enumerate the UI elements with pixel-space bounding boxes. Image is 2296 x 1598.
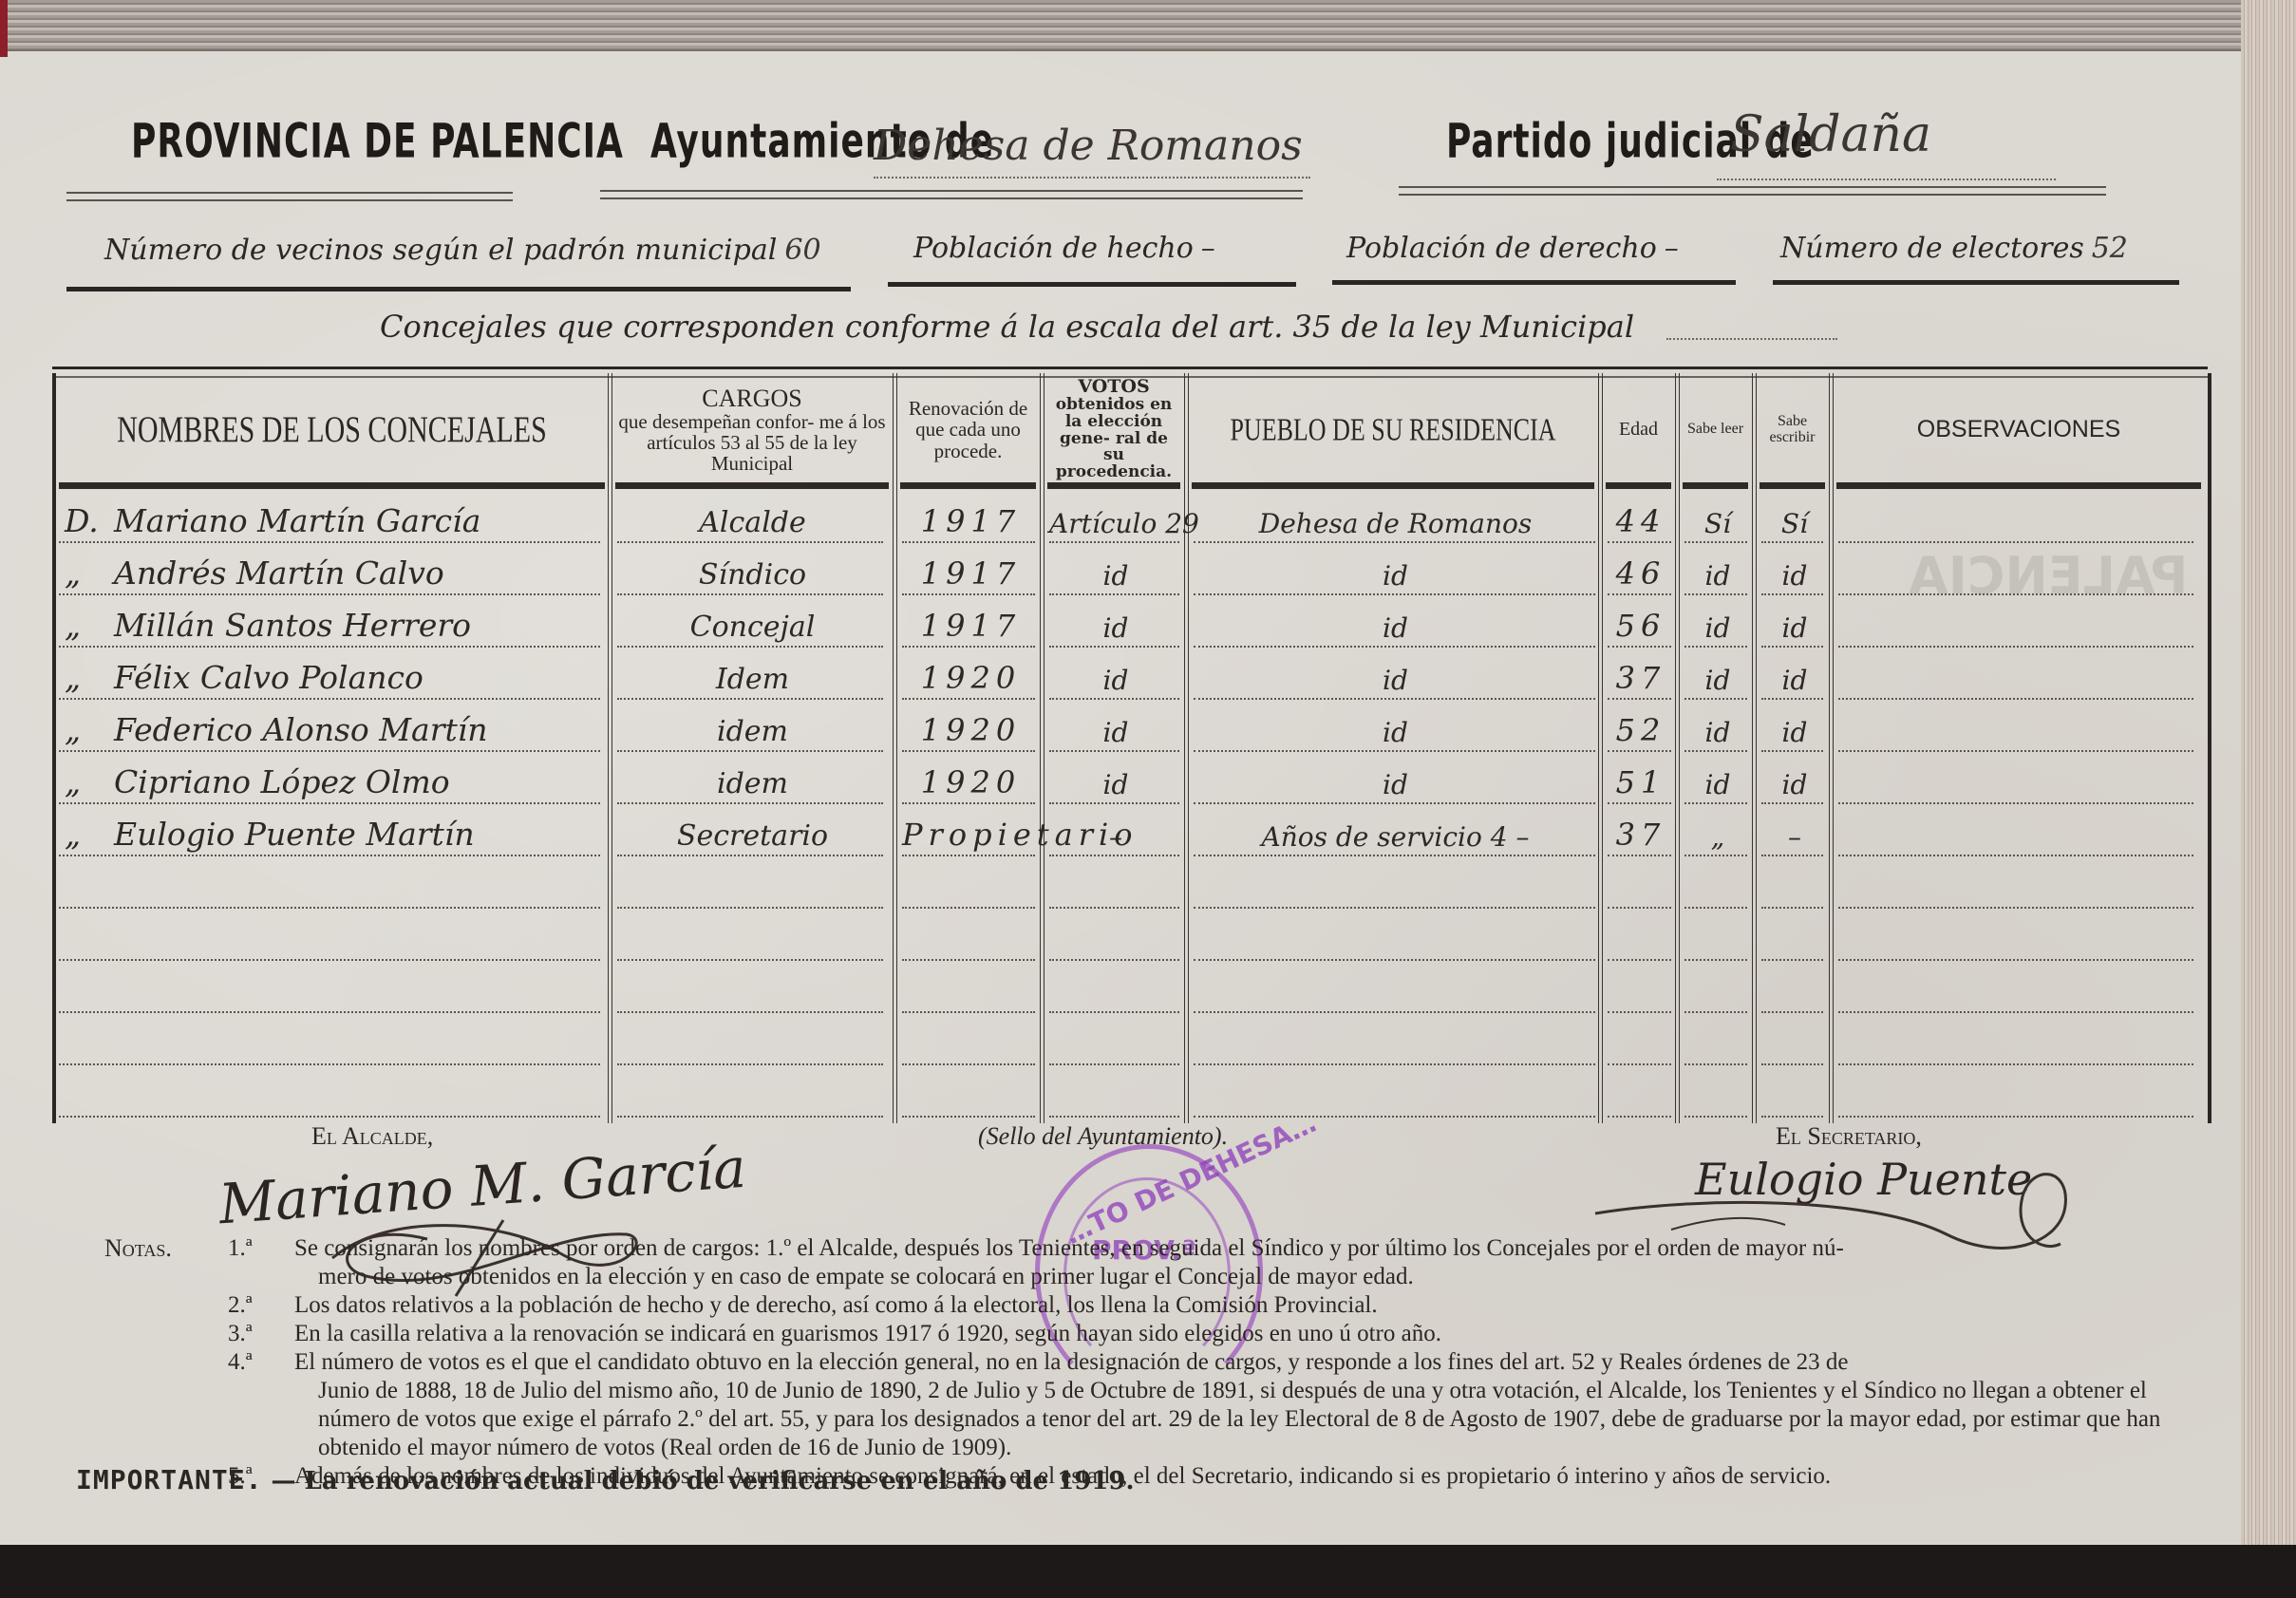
- cell-prefix: „: [65, 659, 112, 696]
- dotted-rule: [1761, 750, 1823, 752]
- dotted-rule: [1684, 802, 1747, 804]
- header-text: Edad: [1619, 420, 1658, 440]
- header-rule: [1683, 482, 1748, 489]
- cell-cargo: Idem: [617, 663, 888, 696]
- table-row: [57, 1066, 2201, 1118]
- divider: [66, 287, 851, 291]
- sello-label: (Sello del Ayuntamiento).: [978, 1122, 1228, 1151]
- electores-label: Número de electores: [1780, 232, 2084, 265]
- dotted-rule: [902, 1063, 1035, 1065]
- dotted-rule: [59, 959, 600, 961]
- cell-leer: „: [1684, 821, 1751, 853]
- table-row: „Millán Santos HerreroConcejal1917idid56…: [57, 596, 2201, 648]
- dotted-rule: [617, 855, 883, 856]
- dotted-line: [1666, 338, 1837, 340]
- dotted-rule: [1049, 959, 1179, 961]
- dotted-rule: [1684, 698, 1747, 700]
- dotted-rule: [1761, 1116, 1823, 1118]
- dotted-rule: [1838, 593, 2193, 595]
- dotted-rule: [902, 959, 1035, 961]
- dotted-rule: [617, 698, 883, 700]
- dotted-rule: [1684, 855, 1747, 856]
- dotted-rule: [59, 907, 600, 909]
- header-text: PUEBLO DE SU RESIDENCIA: [1230, 413, 1555, 446]
- ayuntamiento-value: Dehesa de Romanos: [874, 122, 1303, 170]
- dotted-rule: [902, 1011, 1035, 1013]
- secretario-label: El Secretario,: [1776, 1122, 1922, 1151]
- dotted-rule: [1761, 646, 1823, 648]
- cell-renovacion: Propietario: [902, 817, 1040, 853]
- dotted-rule: [1838, 1063, 2193, 1065]
- dotted-rule: [1684, 1063, 1747, 1065]
- divider: [66, 192, 513, 201]
- dotted-rule: [1194, 959, 1595, 961]
- dotted-rule: [1194, 1116, 1595, 1118]
- note-item: 3.ªEn la casilla relativa a la renovació…: [104, 1320, 2193, 1348]
- dotted-rule: [1608, 1011, 1671, 1013]
- dotted-rule: [1684, 1011, 1747, 1013]
- dotted-rule: [59, 750, 600, 752]
- note-item: 2.ªLos datos relativos a la población de…: [104, 1291, 2193, 1320]
- cell-edad: 56: [1608, 608, 1674, 644]
- partido-value: Saldaña: [1730, 106, 1931, 163]
- cell-votos: id: [1049, 665, 1182, 696]
- dotted-rule: [1684, 541, 1747, 543]
- cell-pueblo: Dehesa de Romanos: [1194, 508, 1597, 539]
- note-continuation: mero de votos obtenidos en la elección y…: [104, 1263, 2193, 1291]
- cell-nombre: Andrés Martín Calvo: [114, 555, 655, 592]
- dotted-rule: [902, 802, 1035, 804]
- table-row: „Eulogio Puente MartínSecretarioPropieta…: [57, 805, 2201, 856]
- cell-votos: –: [1049, 821, 1182, 853]
- note-text: El número de votos es el que el candidat…: [294, 1348, 2193, 1377]
- cell-nombre: Cipriano López Olmo: [114, 763, 655, 800]
- dotted-line: [874, 177, 1310, 179]
- cell-escribir: id: [1761, 717, 1828, 748]
- poblacion-derecho-label: Población de derecho: [1346, 232, 1657, 265]
- dotted-rule: [1049, 593, 1179, 595]
- concejales-title: Concejales que corresponden conforme á l…: [380, 309, 1634, 345]
- cell-prefix: „: [65, 763, 112, 800]
- cell-edad: 37: [1608, 817, 1674, 853]
- province-title: PROVINCIA DE PALENCIA: [131, 115, 624, 170]
- dotted-rule: [59, 1063, 600, 1065]
- dotted-rule: [1608, 855, 1671, 856]
- header-text: Renovación de que cada uno procede.: [900, 398, 1036, 461]
- column-header-votos: VOTOS obtenidos en la elección gene- ral…: [1047, 380, 1180, 479]
- cell-pueblo: id: [1194, 612, 1597, 644]
- cell-renovacion: 1920: [902, 764, 1040, 800]
- dotted-rule: [1838, 541, 2193, 543]
- note-number: 2.ª: [228, 1291, 253, 1320]
- dotted-rule: [1194, 593, 1595, 595]
- dotted-rule: [1761, 802, 1823, 804]
- cell-votos: Artículo 29: [1049, 508, 1182, 539]
- cell-pueblo: Años de servicio 4 –: [1194, 821, 1597, 853]
- dotted-rule: [1761, 1011, 1823, 1013]
- cell-escribir: Sí: [1761, 508, 1828, 539]
- cell-cargo: Alcalde: [617, 506, 888, 539]
- vecinos-field: Número de vecinos según el padrón munici…: [104, 234, 821, 267]
- dotted-rule: [902, 646, 1035, 648]
- dotted-rule: [1049, 907, 1179, 909]
- header-text: VOTOS: [1078, 378, 1149, 397]
- cell-renovacion: 1917: [902, 608, 1040, 644]
- column-header-pueblo: PUEBLO DE SU RESIDENCIA: [1192, 380, 1594, 479]
- dotted-rule: [1761, 907, 1823, 909]
- dotted-rule: [59, 1116, 600, 1118]
- dotted-rule: [1684, 750, 1747, 752]
- dotted-rule: [1608, 802, 1671, 804]
- poblacion-hecho-label: Población de hecho: [913, 232, 1194, 265]
- header-rule: [1047, 482, 1180, 489]
- dotted-rule: [902, 541, 1035, 543]
- dotted-rule: [59, 1011, 600, 1013]
- table-row: „Cipriano López Olmoidem1920idid51idid: [57, 753, 2201, 804]
- header-text: Sabe leer: [1687, 422, 1743, 438]
- cell-renovacion: 1920: [902, 712, 1040, 748]
- book-spine-edge: [0, 0, 2241, 51]
- header-text: OBSERVACIONES: [1917, 417, 2120, 442]
- header-text: NOMBRES DE LOS CONCEJALES: [117, 410, 547, 449]
- poblacion-derecho-field: Población de derecho–: [1346, 232, 1679, 265]
- dotted-rule: [1049, 1063, 1179, 1065]
- dotted-rule: [902, 750, 1035, 752]
- note-text: Se consignarán los nombres por orden de …: [294, 1234, 2193, 1263]
- dotted-rule: [1049, 802, 1179, 804]
- dotted-rule: [1608, 698, 1671, 700]
- cell-edad: 46: [1608, 555, 1674, 592]
- cell-edad: 44: [1608, 503, 1674, 539]
- dotted-rule: [617, 646, 883, 648]
- dotted-rule: [1684, 1116, 1747, 1118]
- cell-prefix: „: [65, 816, 112, 853]
- cell-votos: id: [1049, 769, 1182, 800]
- dotted-rule: [1608, 1063, 1671, 1065]
- dotted-rule: [59, 646, 600, 648]
- note-item: 4.ªEl número de votos es el que el candi…: [104, 1348, 2193, 1462]
- cell-edad: 51: [1608, 764, 1674, 800]
- cell-cargo: Concejal: [617, 611, 888, 644]
- header-subtext: que desempeñan confor- me á los artículo…: [615, 411, 889, 474]
- dotted-rule: [1684, 646, 1747, 648]
- dotted-rule: [1608, 541, 1671, 543]
- dotted-rule: [1049, 1116, 1179, 1118]
- dotted-rule: [1194, 646, 1595, 648]
- cell-renovacion: 1917: [902, 555, 1040, 592]
- dotted-rule: [1194, 802, 1595, 804]
- importante-notice: IMPORTANTE. — La renovación actual debió…: [76, 1464, 1135, 1495]
- cell-prefix: „: [65, 711, 112, 748]
- cell-cargo: Síndico: [617, 558, 888, 592]
- dotted-rule: [902, 698, 1035, 700]
- dotted-rule: [1049, 646, 1179, 648]
- dotted-line: [1717, 179, 2056, 180]
- cell-nombre: Millán Santos Herrero: [114, 607, 655, 644]
- dotted-rule: [1761, 959, 1823, 961]
- header-rule: [1836, 482, 2201, 489]
- dotted-rule: [1838, 959, 2193, 961]
- cell-pueblo: id: [1194, 717, 1597, 748]
- header-rule: [900, 482, 1036, 489]
- column-header-observaciones: OBSERVACIONES: [1836, 380, 2201, 479]
- page-stack-edge: [2241, 0, 2296, 1557]
- cell-leer: id: [1684, 560, 1751, 592]
- dotted-rule: [1684, 959, 1747, 961]
- column-header-sabe-leer: Sabe leer: [1683, 380, 1748, 479]
- divider: [1773, 280, 2179, 285]
- cell-escribir: id: [1761, 769, 1828, 800]
- dotted-rule: [617, 1116, 883, 1118]
- dotted-rule: [1838, 802, 2193, 804]
- dotted-rule: [1838, 1116, 2193, 1118]
- alcalde-label: El Alcalde,: [311, 1122, 433, 1151]
- dotted-rule: [1608, 1116, 1671, 1118]
- vecinos-label: Número de vecinos según el padrón munici…: [104, 234, 777, 267]
- dotted-rule: [1761, 698, 1823, 700]
- table-row: „Félix Calvo PolancoIdem1920idid37idid: [57, 649, 2201, 700]
- header-text: Sabe escribir: [1760, 414, 1825, 446]
- header-rule: [1192, 482, 1594, 489]
- dotted-rule: [1684, 907, 1747, 909]
- dotted-rule: [617, 959, 883, 961]
- header-rule: [59, 482, 605, 489]
- cell-pueblo: id: [1194, 560, 1597, 592]
- dotted-rule: [617, 750, 883, 752]
- dotted-rule: [902, 593, 1035, 595]
- poblacion-hecho-value: –: [1201, 232, 1215, 265]
- dotted-rule: [1049, 698, 1179, 700]
- cell-pueblo: id: [1194, 665, 1597, 696]
- cell-renovacion: 1920: [902, 660, 1040, 696]
- electores-value: 52: [2092, 232, 2128, 265]
- cell-renovacion: 1917: [902, 503, 1040, 539]
- cell-votos: id: [1049, 560, 1182, 592]
- dotted-rule: [1684, 593, 1747, 595]
- cell-nombre: Félix Calvo Polanco: [114, 659, 655, 696]
- note-number: 4.ª: [228, 1348, 253, 1377]
- table-row: [57, 910, 2201, 961]
- column-header-nombres: NOMBRES DE LOS CONCEJALES: [59, 380, 605, 479]
- dotted-rule: [617, 802, 883, 804]
- cell-cargo: idem: [617, 715, 888, 748]
- cell-leer: id: [1684, 717, 1751, 748]
- column-header-cargos: CARGOS que desempeñan confor- me á los a…: [615, 380, 889, 479]
- dotted-rule: [59, 593, 600, 595]
- scan-background: [0, 1545, 2296, 1598]
- dotted-rule: [1194, 750, 1595, 752]
- dotted-rule: [59, 855, 600, 856]
- dotted-rule: [1194, 1063, 1595, 1065]
- dotted-rule: [1838, 907, 2193, 909]
- dotted-rule: [59, 541, 600, 543]
- note-number: 1.ª: [228, 1234, 253, 1263]
- dotted-rule: [617, 1063, 883, 1065]
- dotted-rule: [1608, 750, 1671, 752]
- importante-text: — La renovación actual debió de verifica…: [272, 1467, 1135, 1495]
- dotted-rule: [1761, 593, 1823, 595]
- cell-prefix: D.: [65, 502, 112, 539]
- table-row: [57, 962, 2201, 1013]
- dotted-rule: [1761, 1063, 1823, 1065]
- note-text: En la casilla relativa a la renovación s…: [294, 1320, 2193, 1348]
- cell-leer: Sí: [1684, 508, 1751, 539]
- importante-keyword: IMPORTANTE.: [76, 1464, 262, 1495]
- dotted-rule: [1194, 1011, 1595, 1013]
- table-row: [57, 857, 2201, 909]
- notes-section: Notas. 1.ªSe consignarán los nombres por…: [104, 1234, 2193, 1491]
- cell-escribir: –: [1761, 821, 1828, 853]
- dotted-rule: [1194, 855, 1595, 856]
- note-number: 3.ª: [228, 1320, 253, 1348]
- electores-field: Número de electores52: [1780, 232, 2128, 265]
- header-subtext: obtenidos en la elección gene- ral de su…: [1047, 397, 1180, 481]
- dotted-rule: [902, 855, 1035, 856]
- divider: [600, 190, 1303, 199]
- dotted-rule: [1608, 907, 1671, 909]
- dotted-rule: [1608, 593, 1671, 595]
- dotted-rule: [1761, 541, 1823, 543]
- cell-escribir: id: [1761, 612, 1828, 644]
- header-rule: [1760, 482, 1825, 489]
- cell-pueblo: id: [1194, 769, 1597, 800]
- header-rule: [615, 482, 889, 489]
- poblacion-hecho-field: Población de hecho–: [913, 232, 1215, 265]
- cell-leer: id: [1684, 612, 1751, 644]
- dotted-rule: [1194, 698, 1595, 700]
- column-header-edad: Edad: [1606, 380, 1671, 479]
- header-rule: [1606, 482, 1671, 489]
- dotted-rule: [1838, 855, 2193, 856]
- cell-leer: id: [1684, 769, 1751, 800]
- cell-escribir: id: [1761, 665, 1828, 696]
- dotted-rule: [1049, 541, 1179, 543]
- note-text: Los datos relativos a la población de he…: [294, 1291, 2193, 1320]
- cell-votos: id: [1049, 612, 1182, 644]
- dotted-rule: [1194, 907, 1595, 909]
- table-row: „Federico Alonso Martínidem1920idid52idi…: [57, 701, 2201, 752]
- cell-edad: 37: [1608, 660, 1674, 696]
- dotted-rule: [1838, 1011, 2193, 1013]
- cell-nombre: Mariano Martín García: [114, 502, 655, 539]
- cell-escribir: id: [1761, 560, 1828, 592]
- cell-prefix: „: [65, 607, 112, 644]
- binding-corner: [0, 0, 8, 57]
- cell-nombre: Eulogio Puente Martín: [114, 816, 655, 853]
- dotted-rule: [59, 698, 600, 700]
- cell-leer: id: [1684, 665, 1751, 696]
- dotted-rule: [1608, 646, 1671, 648]
- dotted-rule: [617, 593, 883, 595]
- vecinos-value: 60: [784, 234, 820, 267]
- table-row: [57, 1014, 2201, 1065]
- dotted-rule: [1838, 698, 2193, 700]
- poblacion-derecho-value: –: [1665, 232, 1679, 265]
- table-row: D.Mariano Martín GarcíaAlcalde1917Artícu…: [57, 492, 2201, 543]
- note-item: 1.ªSe consignarán los nombres por orden …: [104, 1234, 2193, 1291]
- dotted-rule: [1049, 1011, 1179, 1013]
- dotted-rule: [1049, 855, 1179, 856]
- dotted-rule: [617, 541, 883, 543]
- divider: [1399, 186, 2106, 196]
- cell-prefix: „: [65, 555, 112, 592]
- cell-cargo: Secretario: [617, 819, 888, 853]
- divider: [1332, 280, 1736, 285]
- cell-cargo: idem: [617, 767, 888, 800]
- column-header-sabe-escribir: Sabe escribir: [1760, 380, 1825, 479]
- dotted-rule: [1838, 646, 2193, 648]
- dotted-rule: [902, 1116, 1035, 1118]
- dotted-rule: [902, 907, 1035, 909]
- dotted-rule: [1761, 855, 1823, 856]
- note-continuation: Junio de 1888, 18 de Julio del mismo año…: [104, 1377, 2193, 1462]
- column-header-renovacion: Renovación de que cada uno procede.: [900, 380, 1036, 479]
- cell-votos: id: [1049, 717, 1182, 748]
- header-text: CARGOS: [702, 385, 801, 411]
- dotted-rule: [1049, 750, 1179, 752]
- divider: [888, 282, 1296, 287]
- cell-edad: 52: [1608, 712, 1674, 748]
- cell-nombre: Federico Alonso Martín: [114, 711, 655, 748]
- dotted-rule: [1838, 750, 2193, 752]
- table-row: „Andrés Martín CalvoSíndico1917idid46idi…: [57, 544, 2201, 595]
- dotted-rule: [617, 1011, 883, 1013]
- dotted-rule: [1608, 959, 1671, 961]
- dotted-rule: [1194, 541, 1595, 543]
- dotted-rule: [617, 907, 883, 909]
- dotted-rule: [59, 802, 600, 804]
